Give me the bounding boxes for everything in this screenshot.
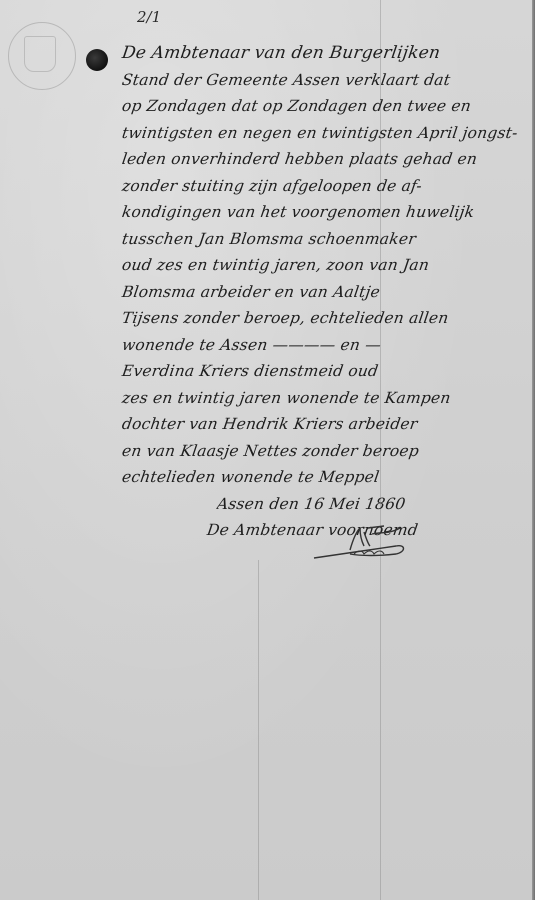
record-line: wonende te Assen ———— en — (120, 332, 524, 359)
record-line-groom: tusschen Jan Blomsma schoenmaker (120, 226, 524, 253)
record-line: echtelieden wonende te Meppel (120, 464, 524, 491)
record-line-bride: Everdina Kriers dienstmeid oud (120, 358, 524, 385)
signature-flourish-icon (310, 522, 420, 562)
page-number: 2/1 (137, 8, 161, 26)
record-line: twintigsten en negen en twintigsten Apri… (120, 120, 524, 147)
record-line: Stand der Gemeente Assen verklaart dat (120, 67, 524, 94)
record-line: zes en twintig jaren wonende te Kampen (120, 385, 524, 412)
record-line: dochter van Hendrik Kriers arbeider (120, 411, 524, 438)
record-text: De Ambtenaar van den Burgerlijken Stand … (122, 40, 522, 544)
record-line: leden onverhinderd hebben plaats gehad e… (120, 146, 524, 173)
binding-hole (86, 49, 108, 71)
paper-fold-line (258, 560, 259, 900)
record-line: en van Klaasje Nettes zonder beroep (120, 438, 524, 465)
record-line: oud zes en twintig jaren, zoon van Jan (120, 252, 524, 279)
record-line: De Ambtenaar van den Burgerlijken (120, 40, 524, 67)
document-page: 2/1 De Ambtenaar van den Burgerlijken St… (0, 0, 535, 900)
record-line: Blomsma arbeider en van Aaltje (120, 279, 524, 306)
record-line: kondigingen van het voorgenomen huwelijk (120, 199, 524, 226)
record-line: op Zondagen dat op Zondagen den twee en (120, 93, 524, 120)
date-line: Assen den 16 Mei 1860 (215, 491, 524, 518)
embossed-seal-shield (24, 36, 56, 72)
record-line: zonder stuiting zijn afgeloopen de af- (120, 173, 524, 200)
record-line: Tijsens zonder beroep, echtelieden allen (120, 305, 524, 332)
